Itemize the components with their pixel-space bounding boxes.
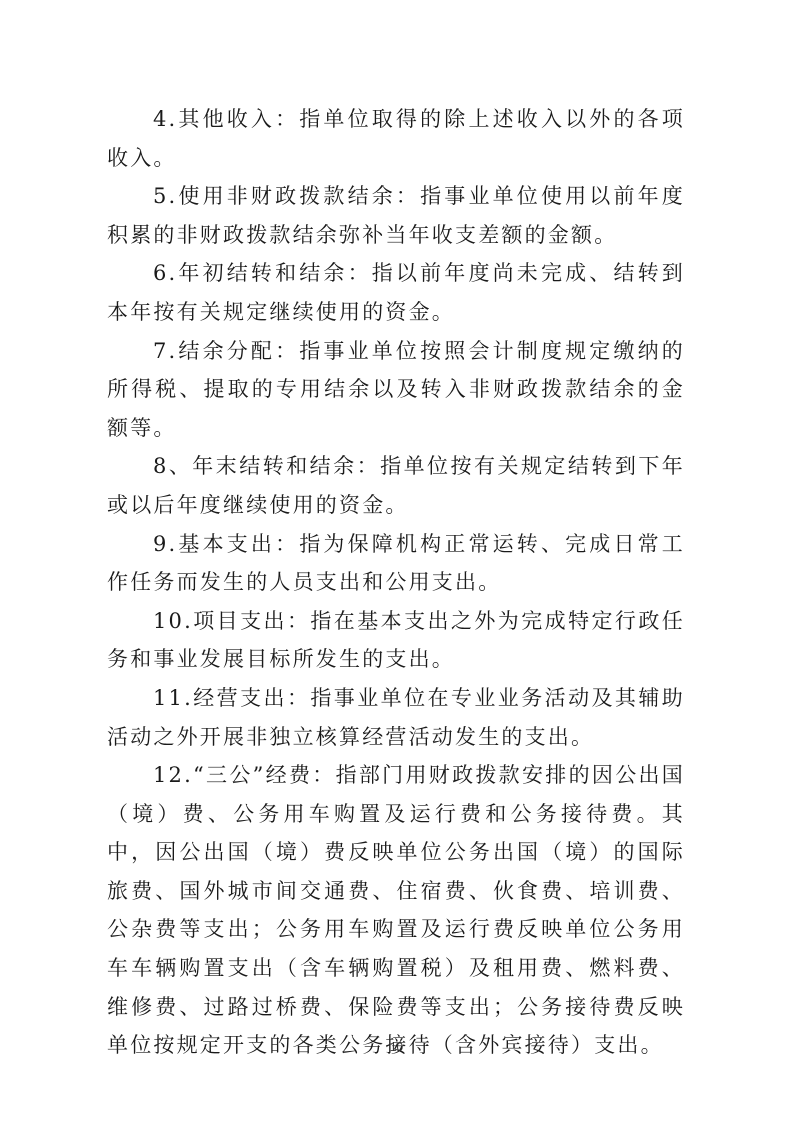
paragraph-year-end-carryover: 8、年末结转和结余：指单位按有关规定结转到下年或以后年度继续使用的资金。 — [107, 447, 685, 524]
paragraph-operating-expenditure: 11.经营支出：指事业单位在专业业务活动及其辅助活动之外开展非独立核算经营活动发… — [107, 679, 685, 756]
paragraph-surplus-distribution: 7.结余分配：指事业单位按照会计制度规定缴纳的所得税、提取的专用结余以及转入非财… — [107, 332, 685, 448]
paragraph-basic-expenditure: 9.基本支出：指为保障机构正常运转、完成日常工作任务而发生的人员支出和公用支出。 — [107, 525, 685, 602]
page-number: 10 — [0, 1040, 793, 1054]
paragraph-project-expenditure: 10.项目支出：指在基本支出之外为完成特定行政任务和事业发展目标所发生的支出。 — [107, 602, 685, 679]
paragraph-three-public-expenses: 12.“三公”经费：指部门用财政拨款安排的因公出国（境）费、公务用车购置及运行费… — [107, 756, 685, 1065]
paragraph-non-fiscal-surplus-use: 5.使用非财政拨款结余：指事业单位使用以前年度积累的非财政拨款结余弥补当年收支差… — [107, 177, 685, 254]
paragraph-beginning-carryover: 6.年初结转和结余：指以前年度尚未完成、结转到本年按有关规定继续使用的资金。 — [107, 254, 685, 331]
paragraph-other-income: 4.其他收入：指单位取得的除上述收入以外的各项收入。 — [107, 100, 685, 177]
document-body: 4.其他收入：指单位取得的除上述收入以外的各项收入。 5.使用非财政拨款结余：指… — [107, 100, 685, 1065]
